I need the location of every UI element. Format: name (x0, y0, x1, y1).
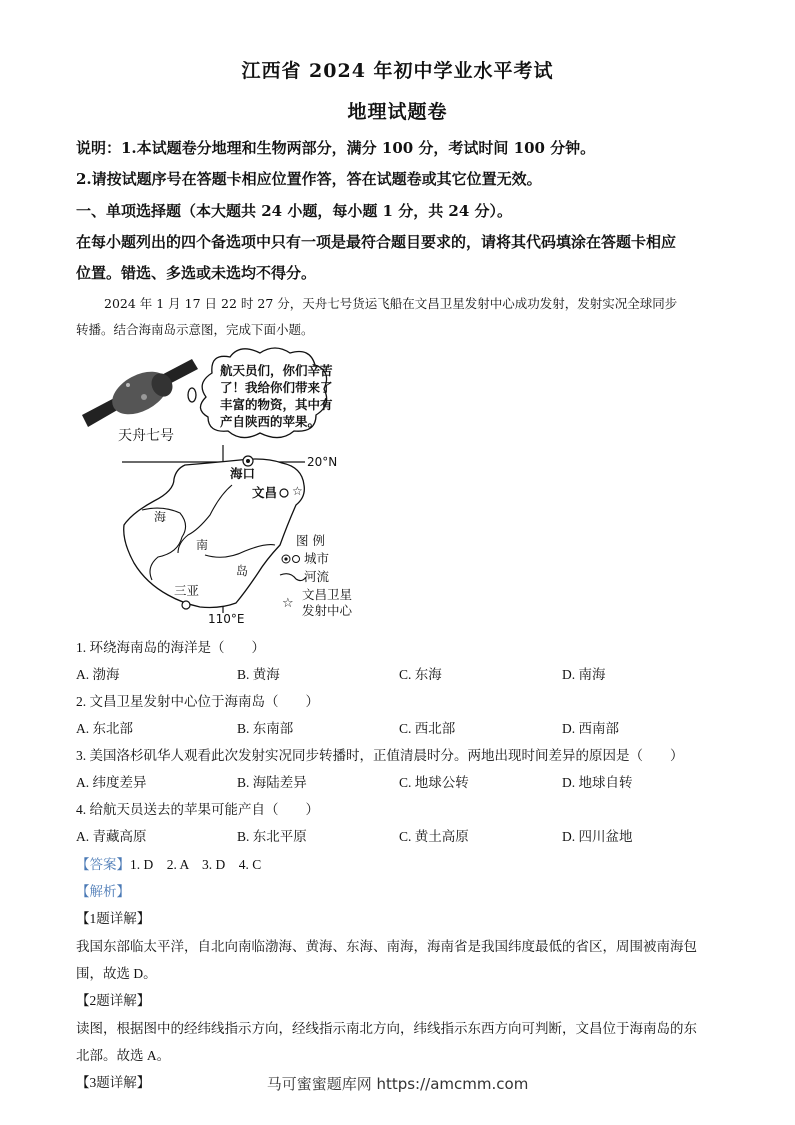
q3-option-c[interactable]: C. 地球公转 (399, 771, 469, 791)
legend-city-label: 城市 (304, 551, 329, 566)
section-heading: 一、单项选择题（本大题共 24 小题，每小题 1 分，共 24 分）。 (76, 200, 512, 221)
question-1-stem: 1. 环绕海南岛的海洋是（ ） (76, 636, 265, 656)
q1-option-c[interactable]: C. 东海 (399, 663, 442, 683)
answer-text: 1. D 2. A 3. D 4. C (130, 857, 261, 872)
hainan-map-figure: 航天员们，你们辛苦 了！我给你们带来了 丰富的物资，其中有 产自陕西的苹果。 天… (70, 345, 370, 630)
speech-line-4: 产自陕西的苹果。 (220, 414, 320, 429)
island-char-3: 岛 (236, 563, 248, 578)
analysis-tag: 【解析】 (76, 880, 130, 900)
legend-star-icon: ☆ (282, 596, 294, 611)
passage-line-1: 2024 年 1 月 17 日 22 时 27 分，天舟七号货运飞船在文昌卫星发… (104, 294, 677, 312)
city-haikou: 海口 (230, 466, 255, 481)
q3-option-d[interactable]: D. 地球自转 (562, 771, 633, 791)
longitude-label: 110°E (208, 612, 245, 626)
launch-center-star-icon: ☆ (292, 484, 303, 498)
hainan-map-illustration: 航天员们，你们辛苦 了！我给你们带来了 丰富的物资，其中有 产自陕西的苹果。 天… (70, 345, 370, 630)
island-char-2: 南 (196, 537, 208, 552)
legend-launch-label-2: 发射中心 (302, 603, 353, 618)
legend-city-icon (282, 555, 300, 563)
q2-option-d[interactable]: D. 西南部 (562, 717, 619, 737)
island-char-1: 海 (154, 510, 166, 524)
speech-line-2: 了！我给你们带来了 (220, 380, 333, 395)
q1-detail-line-2: 围，故选 D。 (76, 962, 157, 982)
legend-launch-label-1: 文昌卫星 (302, 587, 352, 602)
question-3-stem: 3. 美国洛杉矶华人观看此次发射实况同步转播时，正值清晨时分。两地出现时间差异的… (76, 744, 684, 764)
question-2-stem: 2. 文昌卫星发射中心位于海南岛（ ） (76, 690, 319, 710)
exam-title: 江西省 2024 年初中学业水平考试 (0, 56, 795, 83)
q2-option-a[interactable]: A. 东北部 (76, 717, 133, 737)
rule-line-1: 在每小题列出的四个备选项中只有一项是最符合题目要求的，请将其代码填涂在答题卡相应 (76, 231, 676, 252)
q2-detail-heading: 【2题详解】 (76, 989, 150, 1009)
answer-line: 【答案】1. D 2. A 3. D 4. C (76, 853, 261, 873)
question-4-stem: 4. 给航天员送去的苹果可能产自（ ） (76, 798, 319, 818)
q2-detail-line-1: 读图，根据图中的经纬线指示方向，经线指示南北方向，纬线指示东西方向可判断，文昌位… (76, 1017, 697, 1037)
speech-line-3: 丰富的物资，其中有 (220, 397, 333, 412)
legend-river-icon (280, 574, 306, 581)
latitude-label: 20°N (307, 455, 337, 469)
q3-option-a[interactable]: A. 纬度差异 (76, 771, 147, 791)
q1-option-a[interactable]: A. 渤海 (76, 663, 120, 683)
legend-title: 图 例 (296, 533, 325, 548)
q4-option-a[interactable]: A. 青藏高原 (76, 825, 147, 845)
instruction-line-1: 说明：1.本试题卷分地理和生物两部分，满分 100 分，考试时间 100 分钟。 (76, 137, 595, 158)
spacecraft-icon (82, 359, 198, 427)
speech-line-1: 航天员们，你们辛苦 (220, 363, 333, 378)
city-wenchang: 文昌 (252, 485, 277, 500)
rule-line-2: 位置。错选、多选或未选均不得分。 (76, 262, 316, 283)
haikou-city-icon (243, 456, 253, 466)
q4-option-c[interactable]: C. 黄土高原 (399, 825, 469, 845)
spacecraft-label: 天舟七号 (118, 428, 174, 444)
q3-option-b[interactable]: B. 海陆差异 (237, 771, 307, 791)
q4-option-b[interactable]: B. 东北平原 (237, 825, 307, 845)
q1-option-d[interactable]: D. 南海 (562, 663, 606, 683)
legend-river-label: 河流 (304, 569, 330, 584)
sanya-city-icon (182, 601, 190, 609)
q2-option-b[interactable]: B. 东南部 (237, 717, 293, 737)
passage-line-2: 转播。结合海南岛示意图，完成下面小题。 (76, 320, 314, 338)
q1-option-b[interactable]: B. 黄海 (237, 663, 280, 683)
q1-detail-line-1: 我国东部临太平洋，自北向南临渤海、黄海、东海、南海，海南省是我国纬度最低的省区，… (76, 935, 697, 955)
instruction-line-2: 2.请按试题序号在答题卡相应位置作答，答在试题卷或其它位置无效。 (76, 168, 542, 189)
q1-detail-heading: 【1题详解】 (76, 907, 150, 927)
q2-option-c[interactable]: C. 西北部 (399, 717, 455, 737)
answer-tag: 【答案】 (76, 857, 130, 872)
city-sanya: 三亚 (174, 583, 200, 598)
q2-detail-line-2: 北部。故选 A。 (76, 1044, 170, 1064)
exam-subtitle: 地理试题卷 (0, 97, 795, 124)
q4-option-d[interactable]: D. 四川盆地 (562, 825, 633, 845)
footer-watermark: 马可蜜蜜题库网 https://amcmm.com (0, 1073, 795, 1094)
wenchang-city-icon (280, 489, 288, 497)
hainan-island-outline (124, 459, 305, 608)
